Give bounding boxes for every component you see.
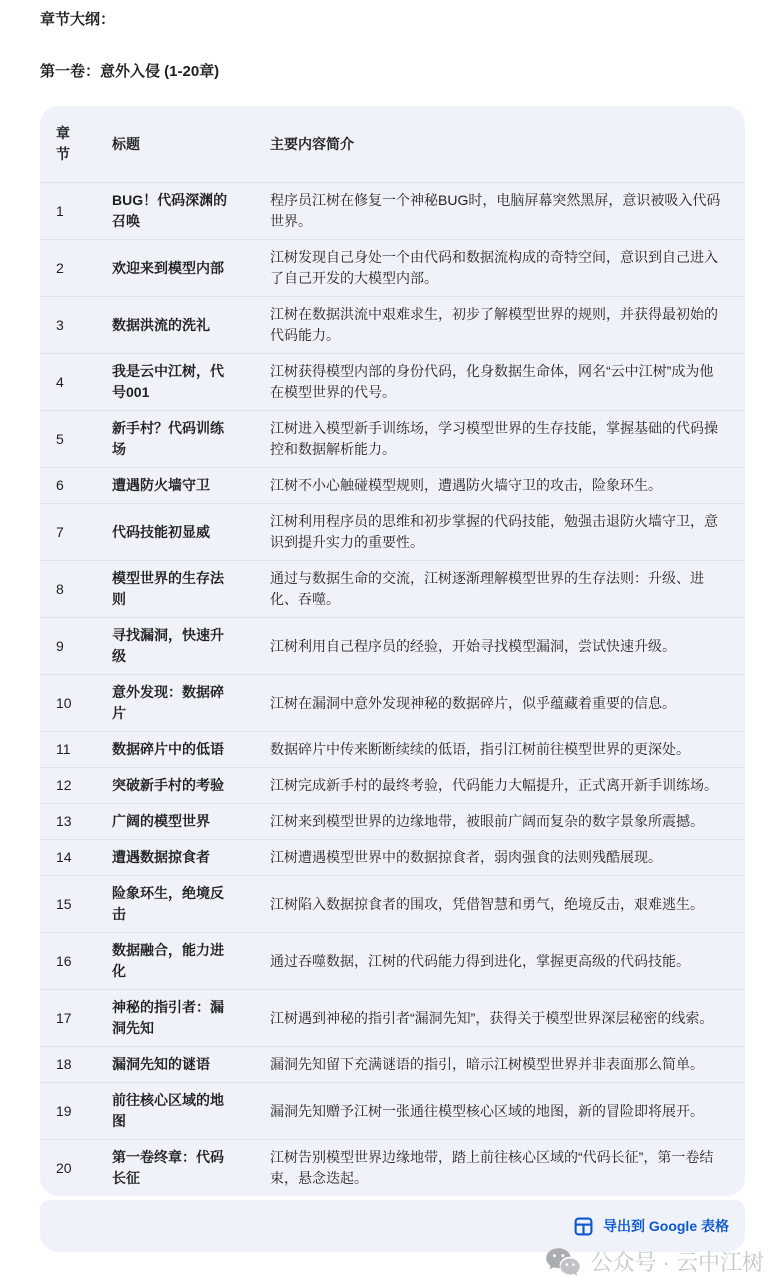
chapter-number: 20: [56, 1158, 112, 1179]
table-row: 9 寻找漏洞，快速升级 江树利用自己程序员的经验，开始寻找模型漏洞，尝试快速升级…: [40, 617, 745, 674]
chapter-summary: 江树进入模型新手训练场，学习模型世界的生存技能，掌握基础的代码操控和数据解析能力…: [270, 418, 729, 460]
chapter-title: 欢迎来到模型内部: [112, 258, 270, 279]
chapter-number: 6: [56, 475, 112, 496]
chapter-number: 16: [56, 951, 112, 972]
chapter-number: 5: [56, 429, 112, 450]
table-row: 20 第一卷终章：代码长征 江树告别模型世界边缘地带，踏上前往核心区域的“代码长…: [40, 1139, 745, 1196]
table-row: 6 遭遇防火墙守卫 江树不小心触碰模型规则，遭遇防火墙守卫的攻击，险象环生。: [40, 467, 745, 503]
chapter-summary: 漏洞先知留下充满谜语的指引，暗示江树模型世界并非表面那么简单。: [270, 1054, 729, 1075]
chapter-summary: 漏洞先知赠予江树一张通往模型核心区域的地图，新的冒险即将展开。: [270, 1101, 729, 1122]
chapter-summary: 江树遇到神秘的指引者“漏洞先知”，获得关于模型世界深层秘密的线索。: [270, 1008, 729, 1029]
table-row: 16 数据融合，能力进化 通过吞噬数据，江树的代码能力得到进化，掌握更高级的代码…: [40, 932, 745, 989]
chapter-summary: 江树利用程序员的思维和初步掌握的代码技能，勉强击退防火墙守卫，意识到提升实力的重…: [270, 511, 729, 553]
export-to-google-sheets-button[interactable]: 导出到 Google 表格: [574, 1216, 729, 1236]
chapter-title: 数据洪流的洗礼: [112, 315, 270, 336]
chapter-title: 广阔的模型世界: [112, 811, 270, 832]
chapter-title: 意外发现：数据碎片: [112, 682, 270, 724]
chapter-number: 1: [56, 201, 112, 222]
outline-heading: 章节大纲：: [0, 0, 772, 30]
chapter-title: 遭遇数据掠食者: [112, 847, 270, 868]
table-row: 8 模型世界的生存法则 通过与数据生命的交流，江树逐渐理解模型世界的生存法则：升…: [40, 560, 745, 617]
header-summary: 主要内容简介: [270, 134, 729, 155]
chapter-number: 18: [56, 1054, 112, 1075]
chapter-number: 10: [56, 693, 112, 714]
chapter-title: 险象环生，绝境反击: [112, 883, 270, 925]
chapter-title: 遭遇防火墙守卫: [112, 475, 270, 496]
table-row: 10 意外发现：数据碎片 江树在漏洞中意外发现神秘的数据碎片，似乎蕴藏着重要的信…: [40, 674, 745, 731]
chapter-summary: 江树不小心触碰模型规则，遭遇防火墙守卫的攻击，险象环生。: [270, 475, 729, 496]
chapter-summary: 江树在数据洪流中艰难求生，初步了解模型世界的规则，并获得最初始的代码能力。: [270, 304, 729, 346]
chapter-title: BUG！代码深渊的召唤: [112, 190, 270, 232]
chapter-summary: 通过吞噬数据，江树的代码能力得到进化，掌握更高级的代码技能。: [270, 951, 729, 972]
chapter-number: 2: [56, 258, 112, 279]
chapter-title: 神秘的指引者：漏洞先知: [112, 997, 270, 1039]
chapter-number: 11: [56, 739, 112, 760]
chapter-title: 代码技能初显威: [112, 522, 270, 543]
wechat-icon: [545, 1247, 581, 1278]
table-row: 12 突破新手村的考验 江树完成新手村的最终考验，代码能力大幅提升，正式离开新手…: [40, 767, 745, 803]
table-row: 19 前往核心区域的地图 漏洞先知赠予江树一张通往模型核心区域的地图，新的冒险即…: [40, 1082, 745, 1139]
chapter-title: 寻找漏洞，快速升级: [112, 625, 270, 667]
chapter-number: 19: [56, 1101, 112, 1122]
chapter-summary: 江树告别模型世界边缘地带，踏上前往核心区域的“代码长征”，第一卷结束，悬念迭起。: [270, 1147, 729, 1189]
chapter-number: 13: [56, 811, 112, 832]
chapter-number: 7: [56, 522, 112, 543]
chapter-summary: 江树发现自己身处一个由代码和数据流构成的奇特空间，意识到自己进入了自己开发的大模…: [270, 247, 729, 289]
table-footer-bar: 导出到 Google 表格: [40, 1200, 745, 1252]
chapter-title: 数据碎片中的低语: [112, 739, 270, 760]
watermark: 公众号 · 云中江树: [545, 1247, 764, 1278]
chapter-summary: 江树完成新手村的最终考验，代码能力大幅提升，正式离开新手训练场。: [270, 775, 729, 796]
chapter-title: 突破新手村的考验: [112, 775, 270, 796]
table-row: 18 漏洞先知的谜语 漏洞先知留下充满谜语的指引，暗示江树模型世界并非表面那么简…: [40, 1046, 745, 1082]
chapter-summary: 程序员江树在修复一个神秘BUG时，电脑屏幕突然黑屏，意识被吸入代码世界。: [270, 190, 729, 232]
table-row: 15 险象环生，绝境反击 江树陷入数据掠食者的围攻，凭借智慧和勇气，绝境反击，艰…: [40, 875, 745, 932]
export-button-label: 导出到 Google 表格: [603, 1216, 729, 1236]
chapter-summary: 江树来到模型世界的边缘地带，被眼前广阔而复杂的数字景象所震撼。: [270, 811, 729, 832]
table-row: 14 遭遇数据掠食者 江树遭遇模型世界中的数据掠食者，弱肉强食的法则残酷展现。: [40, 839, 745, 875]
watermark-text: 公众号 · 云中江树: [590, 1248, 764, 1278]
chapter-summary: 江树获得模型内部的身份代码，化身数据生命体，网名“云中江树”成为他在模型世界的代…: [270, 361, 729, 403]
chapter-number: 14: [56, 847, 112, 868]
chapter-number: 15: [56, 894, 112, 915]
chapter-title: 我是云中江树，代号001: [112, 361, 270, 403]
chapter-number: 3: [56, 315, 112, 336]
chapter-title: 数据融合，能力进化: [112, 940, 270, 982]
table-body: 1 BUG！代码深渊的召唤 程序员江树在修复一个神秘BUG时，电脑屏幕突然黑屏，…: [40, 182, 745, 1196]
header-title: 标题: [112, 134, 270, 155]
chapter-title: 前往核心区域的地图: [112, 1090, 270, 1132]
table-row: 4 我是云中江树，代号001 江树获得模型内部的身份代码，化身数据生命体，网名“…: [40, 353, 745, 410]
table-row: 3 数据洪流的洗礼 江树在数据洪流中艰难求生，初步了解模型世界的规则，并获得最初…: [40, 296, 745, 353]
chapter-number: 12: [56, 775, 112, 796]
chapter-summary: 江树遭遇模型世界中的数据掠食者，弱肉强食的法则残酷展现。: [270, 847, 729, 868]
table-row: 17 神秘的指引者：漏洞先知 江树遇到神秘的指引者“漏洞先知”，获得关于模型世界…: [40, 989, 745, 1046]
chapter-title: 新手村？代码训练场: [112, 418, 270, 460]
chapter-number: 4: [56, 372, 112, 393]
chapter-summary: 江树陷入数据掠食者的围攻，凭借智慧和勇气，绝境反击，艰难逃生。: [270, 894, 729, 915]
chapter-summary: 江树在漏洞中意外发现神秘的数据碎片，似乎蕴藏着重要的信息。: [270, 693, 729, 714]
table-header-row: 章节 标题 主要内容简介: [40, 106, 745, 182]
chapter-summary: 数据碎片中传来断断续续的低语，指引江树前往模型世界的更深处。: [270, 739, 729, 760]
table-row: 1 BUG！代码深渊的召唤 程序员江树在修复一个神秘BUG时，电脑屏幕突然黑屏，…: [40, 182, 745, 239]
table-row: 11 数据碎片中的低语 数据碎片中传来断断续续的低语，指引江树前往模型世界的更深…: [40, 731, 745, 767]
table-row: 5 新手村？代码训练场 江树进入模型新手训练场，学习模型世界的生存技能，掌握基础…: [40, 410, 745, 467]
chapter-number: 9: [56, 636, 112, 657]
table-row: 2 欢迎来到模型内部 江树发现自己身处一个由代码和数据流构成的奇特空间，意识到自…: [40, 239, 745, 296]
chapter-outline-table: 章节 标题 主要内容简介 1 BUG！代码深渊的召唤 程序员江树在修复一个神秘B…: [40, 106, 745, 1196]
chapter-title: 漏洞先知的谜语: [112, 1054, 270, 1075]
volume-title: 第一卷：意外入侵 (1-20章): [40, 61, 772, 82]
chapter-number: 17: [56, 1008, 112, 1029]
chapter-summary: 江树利用自己程序员的经验，开始寻找模型漏洞，尝试快速升级。: [270, 636, 729, 657]
table-row: 7 代码技能初显威 江树利用程序员的思维和初步掌握的代码技能，勉强击退防火墙守卫…: [40, 503, 745, 560]
chapter-title: 模型世界的生存法则: [112, 568, 270, 610]
chapter-number: 8: [56, 579, 112, 600]
chapter-summary: 通过与数据生命的交流，江树逐渐理解模型世界的生存法则：升级、进化、吞噬。: [270, 568, 729, 610]
header-chapter: 章节: [56, 123, 112, 165]
chapter-title: 第一卷终章：代码长征: [112, 1147, 270, 1189]
table-row: 13 广阔的模型世界 江树来到模型世界的边缘地带，被眼前广阔而复杂的数字景象所震…: [40, 803, 745, 839]
table-grid-icon: [574, 1217, 593, 1236]
